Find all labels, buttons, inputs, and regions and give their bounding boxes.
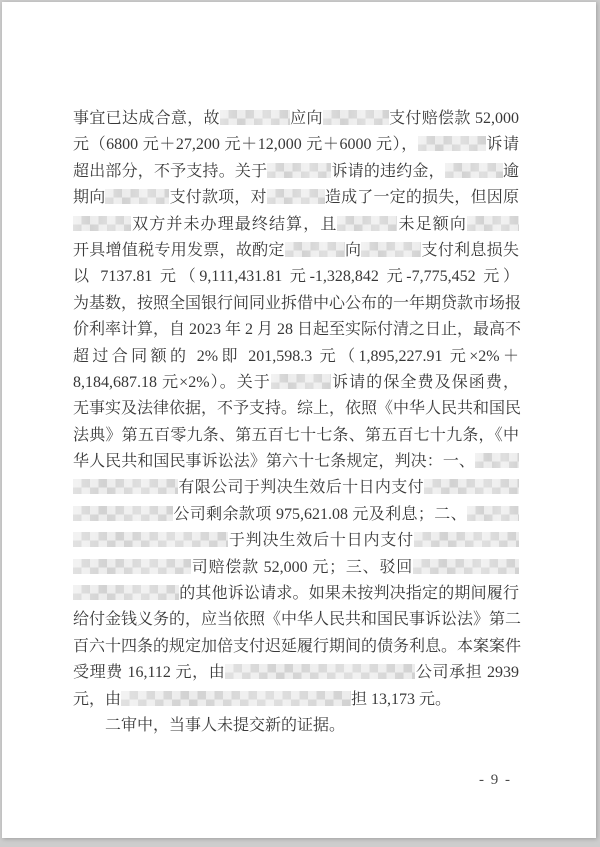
document-line: 元，由担 13,173 元。 [73, 687, 519, 713]
text-run: 法典》第五百零九条、第五百七十七条、第五百七十九条，《中 [73, 427, 519, 444]
document-line: 公司剩余款项 975,621.08 元及利息；二、 [73, 502, 519, 528]
redaction-block [467, 506, 519, 521]
text-run: 诉请 [486, 136, 519, 153]
redaction-block [73, 506, 173, 521]
document-line: 的其他诉讼请求。如果未按判决指定的期间履行 [73, 581, 519, 607]
text-run: 无事实及法律依据，不予支持。综上，依照《中华人民共和国民 [73, 400, 521, 417]
redaction-block [267, 163, 331, 178]
text-run: 超过合同额的 2%即 201,598.3 元（1,895,227.91 元×2%… [73, 348, 519, 365]
text-run: 百六十四条的规定加倍支付迟延履行期间的债务利息。本案案件 [73, 638, 521, 655]
redaction-block [73, 479, 178, 494]
document-line: 超出部分，不予支持。关于诉请的违约金，逾 [73, 159, 519, 185]
text-run: 元，由 [73, 691, 121, 708]
redaction-block [267, 189, 325, 204]
text-block: 事宜已达成合意，故应向支付赔偿款 52,000元（6800 元＋27,200 元… [73, 106, 519, 739]
scan-canvas: 事宜已达成合意，故应向支付赔偿款 52,000元（6800 元＋27,200 元… [0, 0, 600, 847]
redaction-block [73, 585, 179, 600]
document-line: 开具增值税专用发票，故酌定向支付利息损失 [73, 238, 519, 264]
text-run: 双方并未办理最终结算，且 [131, 216, 337, 233]
text-run: 给付金钱义务的，应当依照《中华人民共和国民事诉讼法》第二 [73, 611, 521, 628]
document-line: 事宜已达成合意，故应向支付赔偿款 52,000 [73, 106, 519, 132]
redaction-block [271, 374, 331, 389]
redaction-block [73, 216, 131, 231]
text-run: 事宜已达成合意，故 [73, 110, 220, 127]
redaction-block [220, 110, 290, 125]
text-run: 8,184,687.18 元×2%）。关于 [73, 374, 271, 391]
redaction-block [105, 189, 169, 204]
document-line: 价利率计算，自 2023 年 2 月 28 日起至实际付清之日止，最高不 [73, 317, 519, 343]
text-run: 为基数，按照全国银行间同业拆借中心公布的一年期贷款市场报 [73, 295, 521, 312]
document-line: 超过合同额的 2%即 201,598.3 元（1,895,227.91 元×2%… [73, 344, 519, 370]
text-run: 诉请的保全费及保函费， [331, 374, 519, 391]
text-run: 的其他诉讼请求。如果未按判决指定的期间履行 [179, 585, 519, 602]
document-line: 双方并未办理最终结算，且未足额向 [73, 212, 519, 238]
redaction-block [323, 110, 389, 125]
text-run: 支付利息损失 [421, 242, 519, 259]
redaction-block [413, 559, 519, 574]
text-run: 向 [345, 242, 362, 259]
redaction-block [361, 242, 421, 257]
document-line: 司赔偿款 52,000 元；三、驳回 [73, 555, 519, 581]
text-run: 以 7137.81 元（9,111,431.81 元-1,328,842 元-7… [73, 268, 519, 285]
redaction-block [445, 163, 503, 178]
document-line: 受理费 16,112 元，由公司承担 2939 [73, 660, 519, 686]
redaction-block [424, 479, 519, 494]
document-line: 有限公司于判决生效后十日内支付 [73, 475, 519, 501]
text-run: 公司承担 2939 [415, 664, 519, 681]
text-run: 公司剩余款项 975,621.08 元及利息；二、 [173, 506, 467, 523]
text-run: 价利率计算，自 2023 年 2 月 28 日起至实际付清之日止，最高不 [73, 321, 521, 338]
text-run: 有限公司于判决生效后十日内支付 [178, 479, 424, 496]
document-line: 给付金钱义务的，应当依照《中华人民共和国民事诉讼法》第二 [73, 607, 519, 633]
redaction-block [414, 532, 519, 547]
redaction-block [467, 216, 519, 231]
document-page: 事宜已达成合意，故应向支付赔偿款 52,000元（6800 元＋27,200 元… [2, 2, 596, 838]
text-run: 元（6800 元＋27,200 元＋12,000 元＋6000 元）， [73, 136, 418, 153]
document-line: 期向支付款项，对造成了一定的损失，但因原 [73, 185, 519, 211]
text-run: 应向 [290, 110, 323, 127]
text-run: 支付款项，对 [169, 189, 266, 206]
text-run: 超出部分，不予支持。关于 [73, 163, 267, 180]
redaction-block [475, 453, 519, 468]
redaction-block [285, 242, 345, 257]
redaction-block [225, 664, 415, 679]
document-line: 8,184,687.18 元×2%）。关于诉请的保全费及保函费， [73, 370, 519, 396]
document-line: 元（6800 元＋27,200 元＋12,000 元＋6000 元），诉请 [73, 132, 519, 158]
redaction-block [73, 532, 228, 547]
text-run: 开具增值税专用发票，故酌定 [73, 242, 285, 259]
text-run: 二审中，当事人未提交新的证据。 [73, 717, 345, 734]
text-run: 支付赔偿款 52,000 [389, 110, 519, 127]
text-run: 受理费 16,112 元，由 [73, 664, 225, 681]
redaction-block [121, 691, 351, 706]
document-line: 以 7137.81 元（9,111,431.81 元-1,328,842 元-7… [73, 264, 519, 290]
document-line: 法典》第五百零九条、第五百七十七条、第五百七十九条，《中 [73, 423, 519, 449]
document-line: 为基数，按照全国银行间同业拆借中心公布的一年期贷款市场报 [73, 291, 519, 317]
redaction-block [73, 559, 191, 574]
text-run: 于判决生效后十日内支付 [228, 532, 414, 549]
document-line: 华人民共和国民事诉讼法》第六十七条规定，判决：一、 [73, 449, 519, 475]
document-line: 于判决生效后十日内支付 [73, 528, 519, 554]
text-run: 未足额向 [397, 216, 467, 233]
page-number: - 9 - [479, 772, 512, 789]
text-run: 担 13,173 元。 [351, 691, 451, 708]
redaction-block [337, 216, 397, 231]
text-run: 司赔偿款 52,000 元；三、驳回 [191, 559, 413, 576]
text-run: 诉请的违约金， [331, 163, 445, 180]
document-line: 百六十四条的规定加倍支付迟延履行期间的债务利息。本案案件 [73, 634, 519, 660]
text-run: 期向 [73, 189, 105, 206]
redaction-block [418, 136, 486, 151]
text-run: 逾 [503, 163, 519, 180]
document-line: 无事实及法律依据，不予支持。综上，依照《中华人民共和国民 [73, 396, 519, 422]
text-run: 华人民共和国民事诉讼法》第六十七条规定，判决：一、 [73, 453, 475, 470]
document-line: 二审中，当事人未提交新的证据。 [73, 713, 519, 739]
text-run: 造成了一定的损失，但因原 [325, 189, 519, 206]
